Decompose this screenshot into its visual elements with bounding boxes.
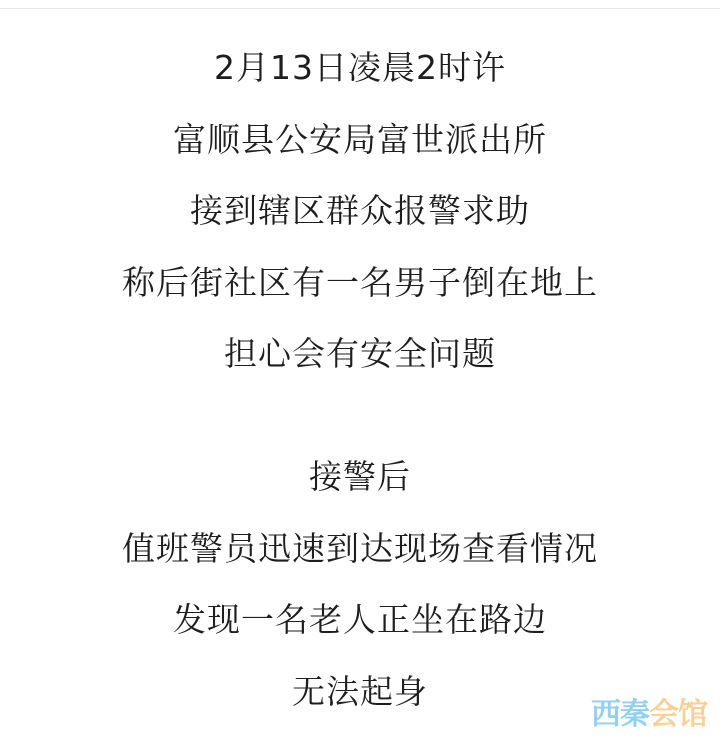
paragraph-1: 2月13日凌晨2时许 富顺县公安局富世派出所 接到辖区群众报警求助 称后街社区有… bbox=[0, 32, 720, 390]
text-line: 2月13日凌晨2时许 bbox=[0, 32, 720, 104]
text-line: 接警后 bbox=[0, 441, 720, 513]
text-line: 接到辖区群众报警求助 bbox=[0, 175, 720, 247]
text-line: 值班警员迅速到达现场查看情况 bbox=[0, 513, 720, 585]
paragraph-spacer bbox=[0, 390, 720, 441]
text-line: 富顺县公安局富世派出所 bbox=[0, 104, 720, 176]
article-body: 2月13日凌晨2时许 富顺县公安局富世派出所 接到辖区群众报警求助 称后街社区有… bbox=[0, 32, 720, 727]
watermark-part-2: 会馆 bbox=[649, 697, 707, 732]
text-line: 担心会有安全问题 bbox=[0, 318, 720, 390]
text-line: 发现一名老人正坐在路边 bbox=[0, 584, 720, 656]
text-line: 称后街社区有一名男子倒在地上 bbox=[0, 247, 720, 319]
watermark-logo: 西秦会馆 bbox=[591, 697, 707, 733]
top-divider bbox=[0, 8, 720, 9]
watermark-part-1: 西秦 bbox=[591, 697, 649, 732]
paragraph-2: 接警后 值班警员迅速到达现场查看情况 发现一名老人正坐在路边 无法起身 bbox=[0, 441, 720, 727]
